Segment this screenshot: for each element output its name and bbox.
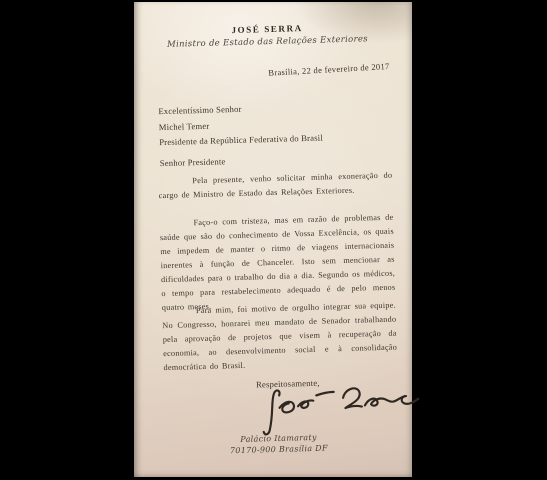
salutation: Senhor Presidente xyxy=(160,156,226,168)
photo-of-letter: JOSÉ SERRA Ministro de Estado das Relaçõ… xyxy=(0,0,547,480)
recipient-line: Presidente da República Federativa do Br… xyxy=(159,131,323,151)
paragraph: Para mim, foi motivo de orgulho integrar… xyxy=(162,299,398,376)
letter-paper: JOSÉ SERRA Ministro de Estado das Relaçõ… xyxy=(134,2,412,477)
paragraph: Pela presente, venho solicitar minha exo… xyxy=(158,169,393,204)
footer-address: Palácio Itamaraty 70170-900 Brasília DF xyxy=(139,430,417,459)
recipient-block: Excelentíssimo Senhor Michel Temer Presi… xyxy=(158,100,323,151)
letterhead: JOSÉ SERRA Ministro de Estado das Relaçõ… xyxy=(128,20,407,51)
date-line: Brasília, 22 de fevereiro de 2017 xyxy=(268,61,390,78)
letter-content: JOSÉ SERRA Ministro de Estado das Relaçõ… xyxy=(127,0,418,480)
